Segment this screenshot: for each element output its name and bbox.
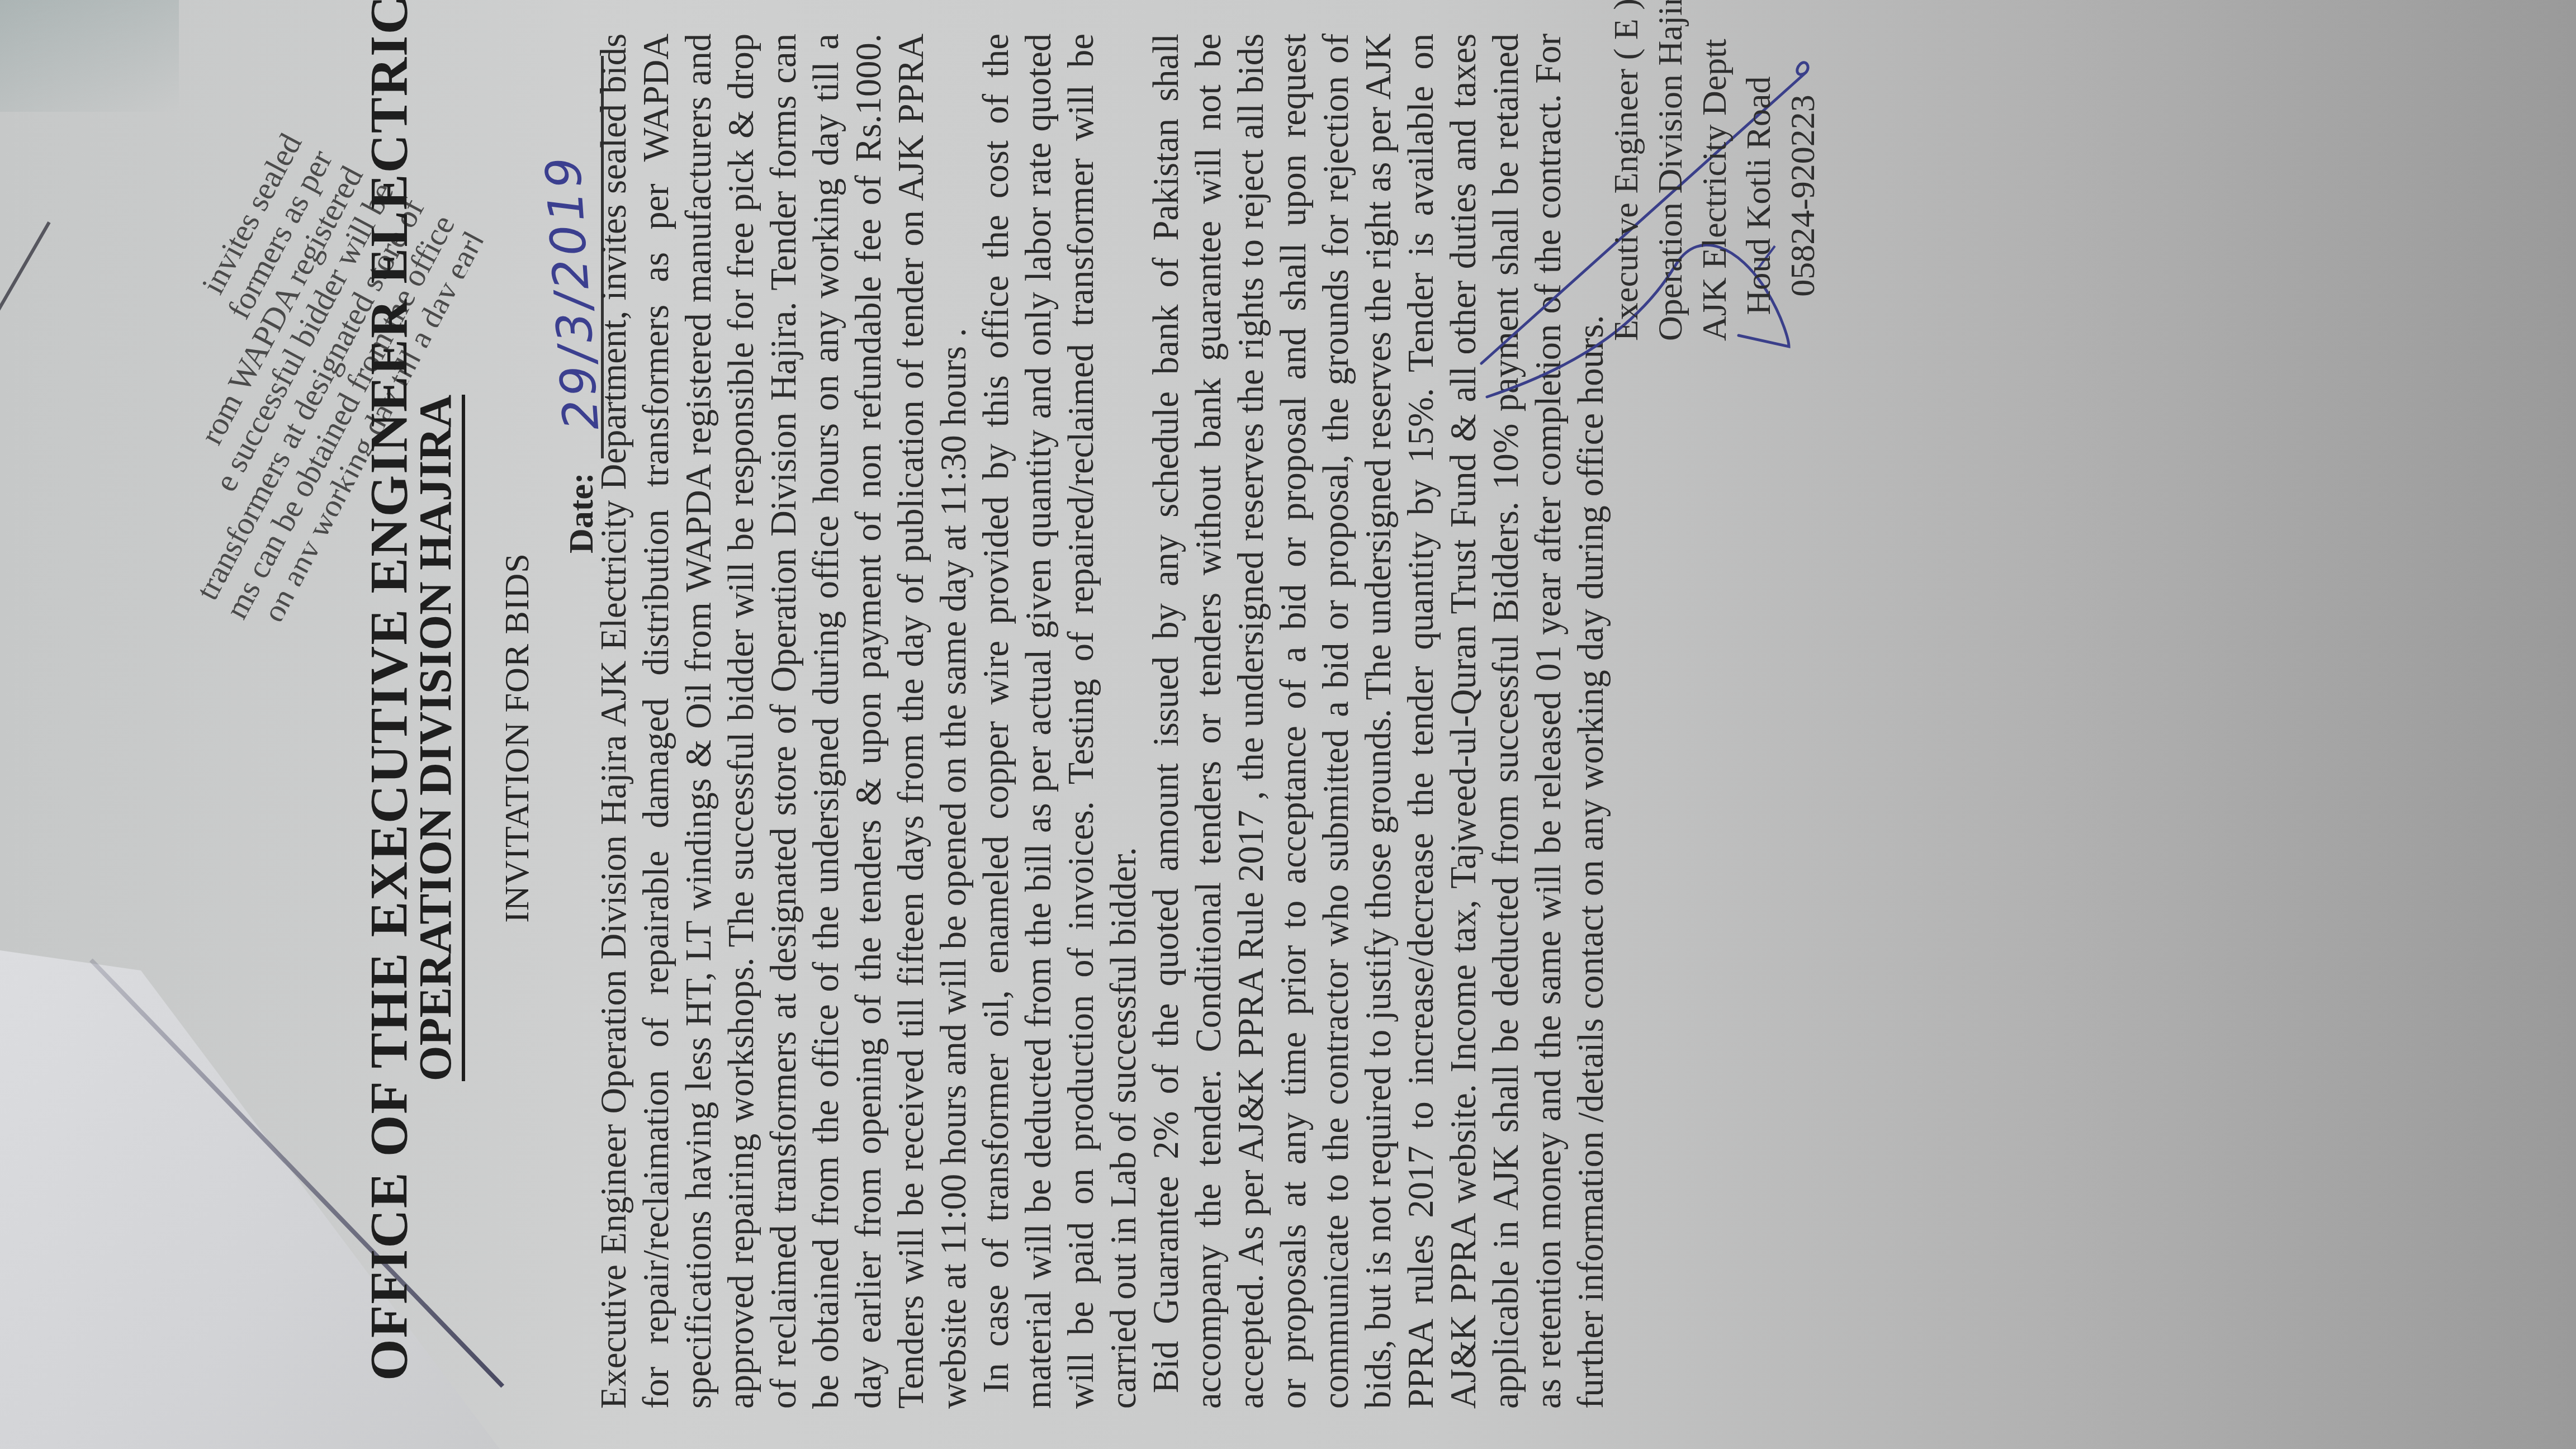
underlying-sheet-rule (0, 221, 51, 349)
signatory-address: Houd Kotli Road (1737, 50, 1781, 341)
signatory-title: Executive Engineer ( E ) (1604, 50, 1649, 341)
signatory-division: Operation Division Hajira, (1649, 50, 1693, 341)
division-title-text: OPERATION DIVISION HAJIRA (410, 395, 465, 1082)
paragraph-bid-guarantee: Bid Guarantee 2% of the quoted amount is… (1145, 34, 1612, 1409)
signatory-phone: 05824-920223 (1781, 50, 1825, 341)
signature-block: Executive Engineer ( E ) Operation Divis… (1604, 50, 1825, 341)
division-title: OPERATION DIVISION HAJIRA (409, 95, 462, 1381)
paragraph-materials: In case of transformer oil, enameled cop… (975, 34, 1145, 1409)
photo-shadow (0, 0, 179, 112)
signatory-department: AJK Electricity Deptt (1693, 50, 1737, 341)
paragraph-invitation: Executive Engineer Operation Division Ha… (593, 34, 975, 1409)
notice-title: INVITATION FOR BIDS (498, 95, 537, 1381)
tender-notice-page: OFFICE OF THE EXECUTIVE ENGINEER ELECTRI… (358, 28, 1979, 1426)
notice-body: Executive Engineer Operation Division Ha… (593, 34, 1612, 1409)
